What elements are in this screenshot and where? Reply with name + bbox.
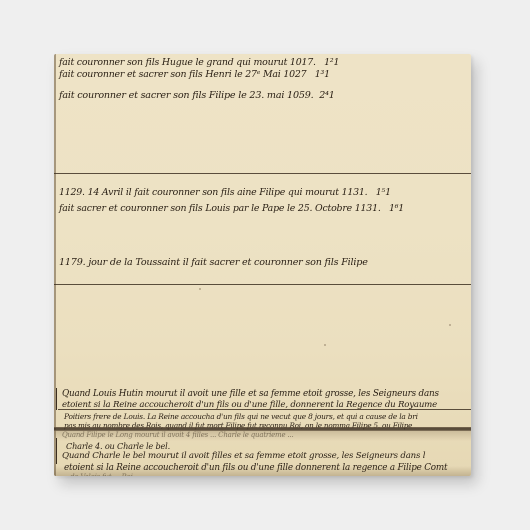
manuscript-line: Quand Charle le bel mourut il avoit fill…: [62, 451, 425, 461]
page-curl-shadow: [54, 466, 471, 476]
manuscript-line: Poitiers frere de Louis. La Reine accouc…: [64, 412, 418, 421]
footnote-mark: 1³1: [315, 69, 330, 80]
line-text: fait couronner et sacrer son fils Filipe…: [59, 90, 314, 101]
footnote-mark: 1⁵1: [376, 187, 391, 198]
ruled-divider: [54, 173, 471, 174]
footnote-mark: 1⁶1: [389, 203, 404, 214]
manuscript-line: fait couronner et sacrer son fils Henri …: [59, 69, 330, 80]
footnote-mark: 2⁴1: [319, 90, 334, 101]
manuscript-line: Quand Louis Hutin mourut il avoit une fi…: [62, 389, 439, 399]
ink-speck: [199, 288, 201, 290]
ruled-divider: [58, 409, 471, 410]
manuscript-line: fait couronner et sacrer son fils Filipe…: [59, 90, 335, 101]
footnote-mark: 1²1: [324, 57, 339, 68]
fold-shadow: [54, 431, 471, 441]
line-text: 1129. 14 Avril il fait couronner son fil…: [59, 187, 367, 198]
ruled-divider: [54, 284, 471, 285]
ink-speck: [449, 324, 451, 326]
manuscript-page: fait couronner son fils Hugue le grand q…: [54, 54, 471, 476]
line-text: fait sacrer et couronner son fils Louis …: [59, 203, 381, 214]
manuscript-line: fait sacrer et couronner son fils Louis …: [59, 203, 404, 214]
manuscript-line: 1129. 14 Avril il fait couronner son fil…: [59, 187, 391, 198]
line-text: fait couronner et sacrer son fils Henri …: [59, 69, 306, 80]
ink-speck: [324, 344, 326, 346]
line-text: 1179. jour de la Toussaint il fait sacre…: [59, 257, 368, 268]
manuscript-line: 1179. jour de la Toussaint il fait sacre…: [59, 257, 368, 268]
line-text: fait couronner son fils Hugue le grand q…: [59, 57, 316, 68]
manuscript-line: Charle 4. ou Charle le bel.: [66, 441, 170, 451]
manuscript-line: fait couronner son fils Hugue le grand q…: [59, 57, 339, 68]
